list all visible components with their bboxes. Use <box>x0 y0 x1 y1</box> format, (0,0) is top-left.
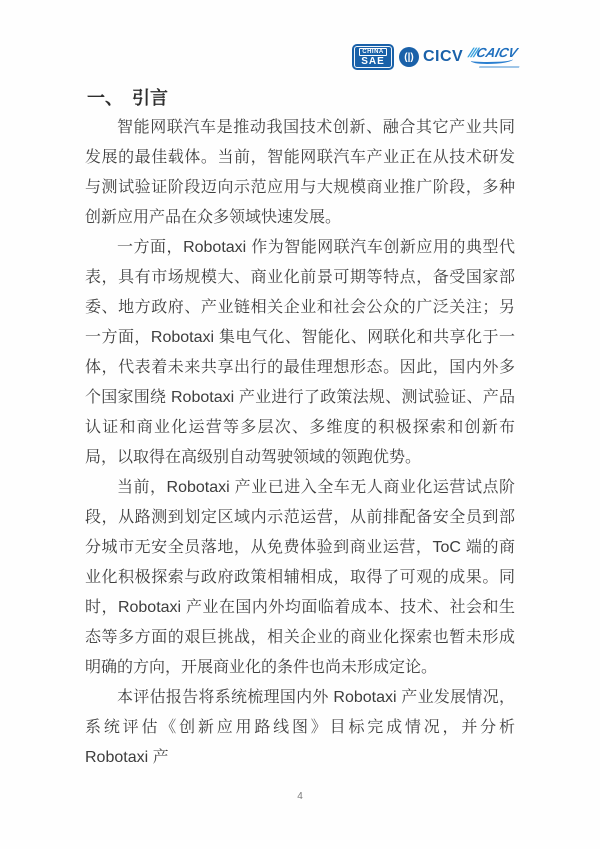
caicv-logo: ///CAICV <box>465 44 519 68</box>
caicv-subtext-line <box>479 66 519 68</box>
section-heading: 一、 引言 <box>87 84 168 110</box>
china-sae-logo: CHINA SAE <box>352 44 394 70</box>
page-number: 4 <box>0 791 600 802</box>
cicv-wordmark: CICV <box>423 48 463 66</box>
document-page: CHINA SAE (|) CICV ///CAICV 一、 引言 智能网联汽车… <box>0 0 600 849</box>
cicv-circle-icon: (|) <box>399 47 419 67</box>
paragraph-intro: 智能网联汽车是推动我国技术创新、融合其它产业共同发展的最佳载体。当前，智能网联汽… <box>85 113 515 233</box>
paragraph-robotaxi-overview: 一方面，Robotaxi 作为智能网联汽车创新应用的典型代表，具有市场规模大、商… <box>85 233 515 473</box>
body-text: 智能网联汽车是推动我国技术创新、融合其它产业共同发展的最佳载体。当前，智能网联汽… <box>85 113 515 773</box>
paragraph-report-scope: 本评估报告将系统梳理国内外 Robotaxi 产业发展情况，系统评估《创新应用路… <box>85 683 515 773</box>
china-sae-logo-top-text: CHINA <box>359 48 387 56</box>
paragraph-current-stage: 当前，Robotaxi 产业已进入全车无人商业化运营试点阶段，从路测到划定区域内… <box>85 473 515 683</box>
header-logos: CHINA SAE (|) CICV ///CAICV <box>352 42 517 72</box>
china-sae-logo-text: SAE <box>361 57 385 67</box>
caicv-swoosh-icon <box>470 56 514 64</box>
